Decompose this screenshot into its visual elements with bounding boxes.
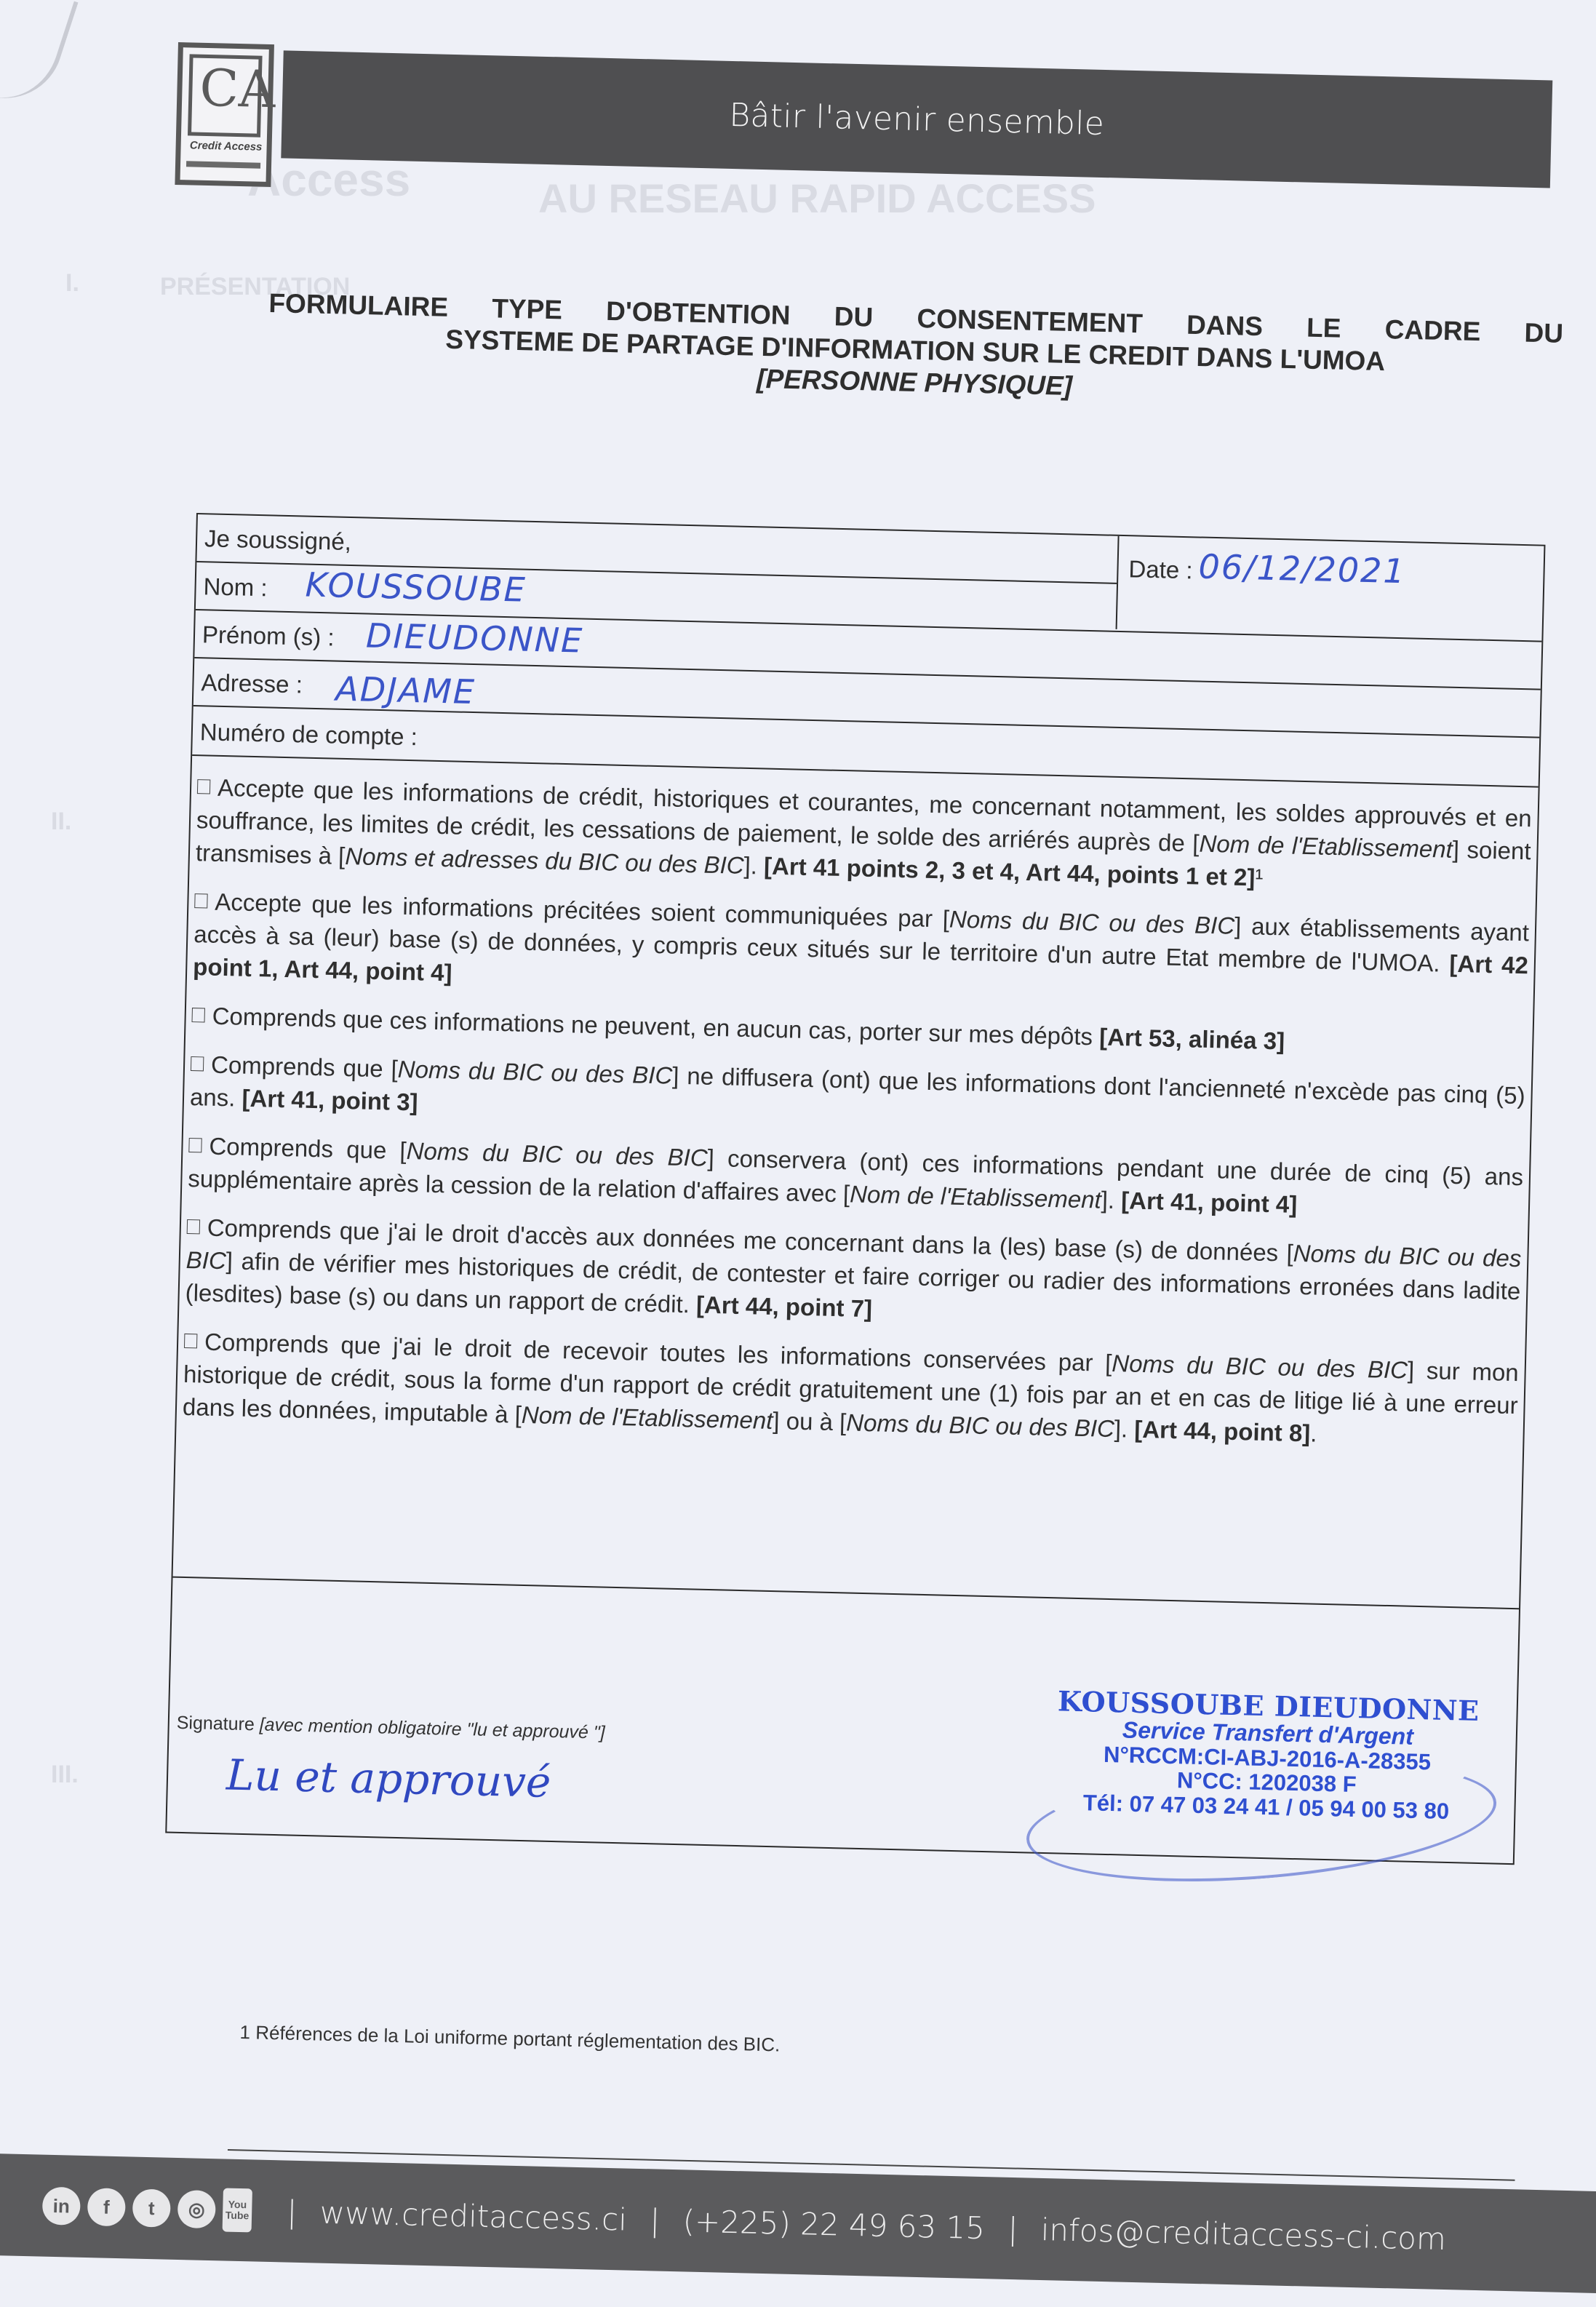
instagram-icon[interactable]: ◎ [177,2190,216,2228]
company-stamp: KOUSSOUBE DIEUDONNE Service Transfert d'… [1048,1686,1487,1824]
adresse-label: Adresse : [201,669,303,698]
intro-label: Je soussigné, [204,525,352,556]
clause-checkbox[interactable] [197,779,210,794]
credit-access-logo: CA Credit Access [175,42,274,187]
clause-checkbox[interactable] [194,893,207,908]
clause-checkbox[interactable] [192,1008,205,1022]
date-field[interactable]: 06/12/2021 [1198,546,1406,591]
footnote: 1 Références de la Loi uniforme portant … [239,2021,780,2056]
logo-text: Credit Access [183,139,268,154]
signature-label: Signature [avec mention obligatoire "lu … [176,1713,605,1744]
clause-checkbox[interactable] [187,1219,200,1234]
consent-clause: Accepte que les informations précitées s… [193,885,1530,1014]
consent-clause: Comprends que [Noms du BIC ou des BIC] n… [190,1048,1526,1144]
social-links: in f t ◎ YouTube [42,2184,252,2233]
consent-clauses: Accepte que les informations de crédit, … [182,770,1532,1470]
clause-checkbox[interactable] [188,1138,202,1152]
page-corner-fold [0,0,79,113]
consent-clause: Comprends que j'ai le droit d'accès aux … [185,1211,1522,1340]
logo-monogram: CA [199,63,276,115]
footer-contact: | www.creditaccess.ci | (+225) 22 49 63 … [274,2194,1447,2257]
prenom-field[interactable]: DIEUDONNE [365,616,583,661]
prenom-label: Prénom (s) : [202,621,335,651]
twitter-icon[interactable]: t [132,2189,171,2228]
compte-label: Numéro de compte : [199,718,418,751]
website-link[interactable]: www.creditaccess.ci [319,2194,627,2237]
signature-note: [avec mention obligatoire "lu et approuv… [259,1715,605,1743]
nom-label: Nom : [203,573,268,602]
ghost-text: I. [65,269,79,298]
ghost-text: II. [51,808,71,836]
date-label: Date : [1128,555,1193,584]
title-line-3: [PERSONNE PHYSIQUE] [757,364,1073,401]
nom-field[interactable]: KOUSSOUBE [305,565,527,610]
letterhead: CA Credit Access Bâtir l'avenir ensemble [175,42,1553,234]
consent-form-table: Je soussigné, Date : 06/12/2021 Nom : KO… [165,513,1545,1865]
consent-clause: Accepte que les informations de crédit, … [195,770,1532,900]
email-link[interactable]: infos@creditaccess-ci.com [1040,2211,1446,2256]
tagline: Bâtir l'avenir ensemble [729,96,1105,142]
signature-row: Signature [avec mention obligatoire "lu … [167,1577,1519,1867]
clause-checkbox[interactable] [184,1334,197,1348]
ghost-text: III. [51,1761,79,1789]
handwritten-approval[interactable]: Lu et approuvé [226,1750,551,1806]
consent-clause: Comprends que j'ai le droit de recevoir … [183,1325,1520,1454]
linkedin-icon[interactable]: in [42,2187,81,2226]
clause-checkbox[interactable] [191,1056,204,1071]
adresse-field[interactable]: ADJAME [335,669,476,712]
youtube-icon[interactable]: YouTube [223,2188,252,2232]
footer-banner: in f t ◎ YouTube | www.creditaccess.ci |… [0,2153,1596,2293]
consent-clause: Comprends que [Noms du BIC ou des BIC] c… [188,1129,1524,1226]
facebook-icon[interactable]: f [87,2188,126,2226]
tagline-banner: Bâtir l'avenir ensemble [281,50,1552,188]
form-title: FORMULAIRE TYPE D'OBTENTION DU CONSENTEM… [267,287,1564,414]
phone-link[interactable]: (+225) 22 49 63 15 [682,2203,985,2246]
